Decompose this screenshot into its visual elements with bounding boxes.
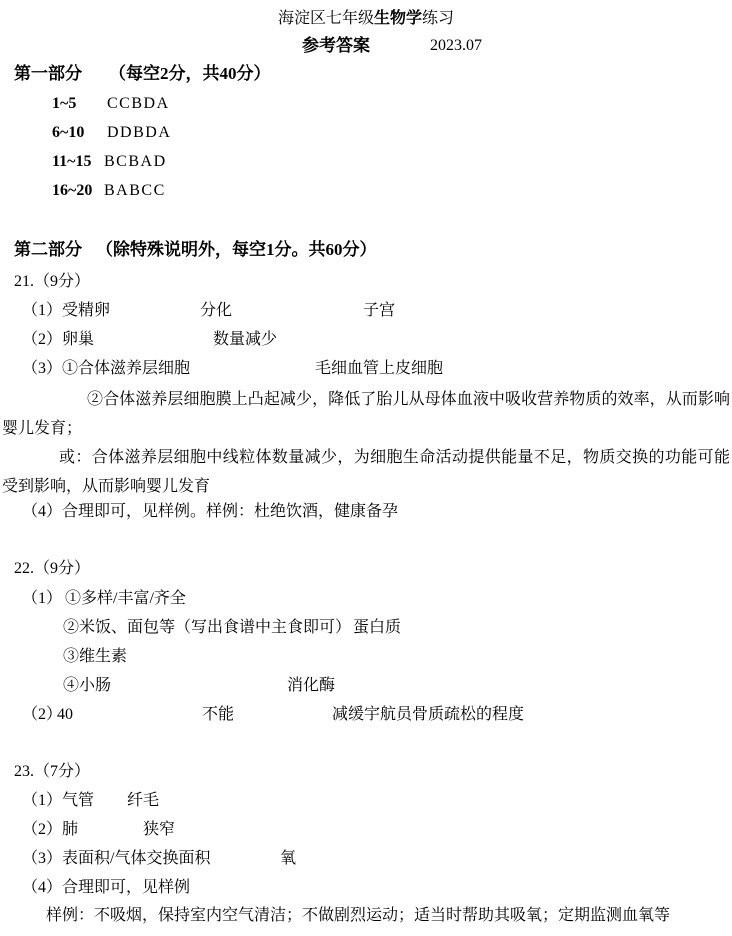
doc-title-subject: 生物学 [374,10,422,27]
answer-blank: 减缓宇航员骨质疏松的程度 [332,704,524,726]
q21-paragraph-1: ②合体滋养层细胞膜上凸起减少，降低了胎儿从母体血液中吸收营养物质的效率，从而影响… [2,385,730,443]
mc-range: 1~5 [52,93,76,115]
part1-heading: 第一部分（每空2分，共40分） [14,63,732,85]
answer-blank: 蛋白质 [353,617,401,639]
doc-date: 2023.07 [430,35,482,57]
q22-l5-label: （2） [22,704,62,726]
q22-header: 22.（9分） [14,558,732,580]
mc-answers: DDBDA [107,122,171,144]
answer-blank: 狭窄 [143,819,175,841]
q23-example-text: 样例：不吸烟，保持室内空气清洁；不做剧烈运动；适当时帮助其吸氧；定期监测血氧等 [46,905,670,927]
mc-range: 6~10 [52,122,84,144]
q21-l2-label: （2）卵巢 [22,329,94,351]
part2-heading-label: 第二部分 [14,240,82,259]
doc-subtitle: 参考答案 [302,35,370,57]
q23-header: 23.（7分） [14,761,732,783]
doc-title-prefix: 海淀区七年级 [278,10,374,27]
answer-key-document: 海淀区七年级生物学练习 参考答案 2023.07 第一部分（每空2分，共40分）… [0,0,732,936]
doc-title: 海淀区七年级生物学练习 [0,8,732,30]
answer-blank: 不能 [202,704,234,726]
q23-l1-label: （1）气管 [22,790,94,812]
mc-range: 16~20 [52,180,92,202]
q21-l3-label: （3）①合体滋养层细胞 [22,358,190,380]
mc-answers: BABCC [104,180,166,202]
mc-answers: BCBAD [104,151,167,173]
q23-l3-label: （3）表面积/气体交换面积 [22,848,210,870]
part2-heading-note: （除特殊说明外，每空1分。共60分） [96,240,377,259]
part1-heading-note: （每空2分，共40分） [109,64,271,83]
answer-blank: ①多样/丰富/齐全 [65,588,186,610]
part1-heading-label: 第一部分 [14,64,82,83]
answer-blank: 分化 [200,300,232,322]
q21-header: 21.（9分） [14,271,732,293]
part2-heading: 第二部分（除特殊说明外，每空1分。共60分） [14,239,732,261]
mc-range: 11~15 [52,151,91,173]
q21-l1-label: （1）受精卵 [22,300,110,322]
q22-l1-label: （1） [22,588,62,610]
answer-blank: 数量减少 [213,329,277,351]
answer-blank: 氧 [280,848,296,870]
answer-blank: 40 [57,704,73,726]
q23-l4-text: （4）合理即可，见样例 [22,877,190,899]
answer-blank: ④小肠 [63,675,111,697]
answer-blank: 毛细血管上皮细胞 [315,358,443,380]
q21-paragraph-2: 或：合体滋养层细胞中线粒体数量减少，为细胞生命活动提供能量不足，物质交换的功能可… [2,443,730,501]
doc-title-suffix: 练习 [422,10,454,27]
answer-blank: ②米饭、面包等（写出食谱中主食即可） [63,617,351,639]
answer-blank: ③维生素 [63,646,127,668]
answer-blank: 消化酶 [287,675,335,697]
q23-l2-label: （2）肺 [22,819,78,841]
answer-blank: 子宫 [363,300,395,322]
q21-l4-text: （4）合理即可，见样例。样例：杜绝饮酒，健康备孕 [22,501,398,523]
mc-answers: CCBDA [107,93,170,115]
answer-blank: 纤毛 [127,790,159,812]
